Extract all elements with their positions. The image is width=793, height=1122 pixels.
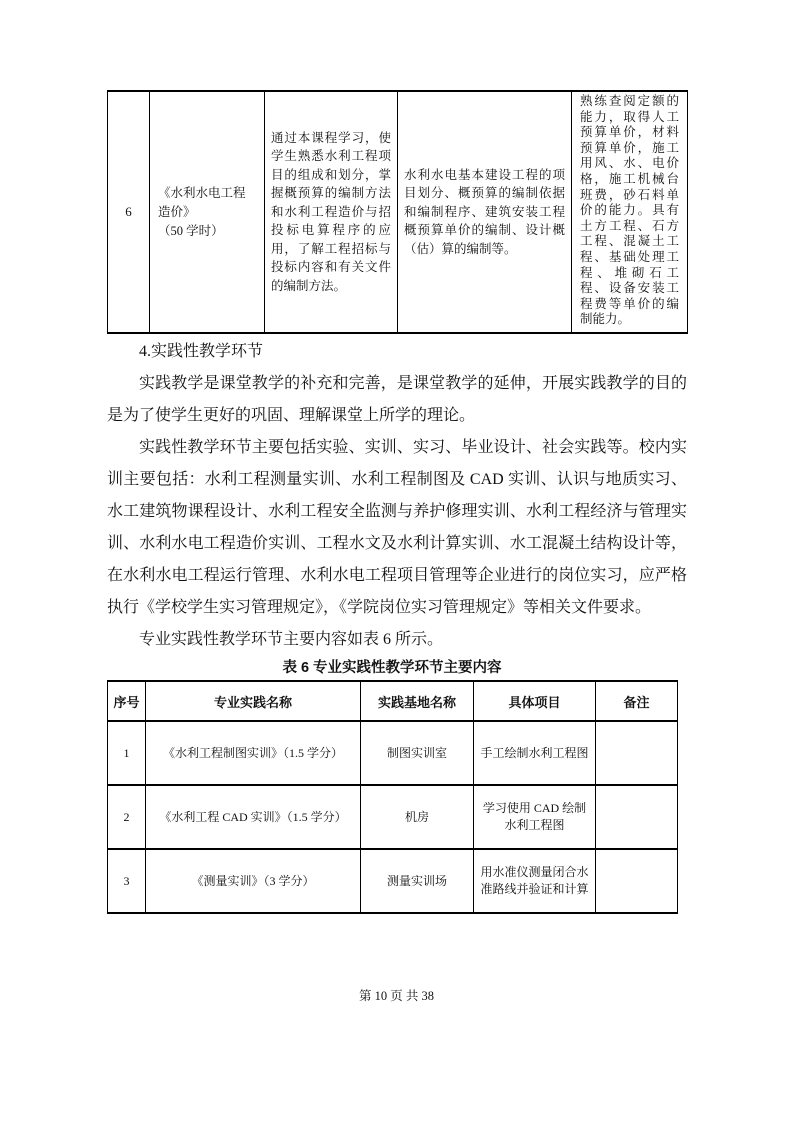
header-note: 备注 [596, 681, 678, 721]
cell-base-name: 测量实训场 [361, 849, 474, 913]
course-table-row: 6 《水利水电工程造价》 （50 学时） 通过本课程学习，使学生熟悉水利工程项目… [108, 91, 688, 333]
paragraph-1: 实践教学是课堂教学的补充和完善，是课堂教学的延伸，开展实践教学的目的是为了使学生… [107, 368, 687, 432]
course-ability-cell: 熟练查阅定额的能力，取得人工预算单价，材料预算单价，施工用风、水、电价格，施工机… [572, 91, 688, 333]
paragraph-2: 实践性教学环节主要包括实验、实训、实习、毕业设计、社会实践等。校内实训主要包括：… [107, 432, 687, 624]
cell-note [596, 721, 678, 785]
header-base-name: 实践基地名称 [361, 681, 474, 721]
cell-practice-name: 《水利工程 CAD 实训》（1.5 学分） [146, 785, 361, 849]
section-heading: 4.实践性教学环节 [107, 336, 687, 368]
course-continuation-table: 6 《水利水电工程造价》 （50 学时） 通过本课程学习，使学生熟悉水利工程项目… [107, 90, 688, 334]
course-hours: （50 学时） [158, 222, 256, 241]
cell-base-name: 制图实训室 [361, 721, 474, 785]
cell-note [596, 849, 678, 913]
paragraph-3: 专业实践性教学环节主要内容如表 6 所示。 [107, 624, 687, 656]
cell-practice-name: 《水利工程制图实训》（1.5 学分） [146, 721, 361, 785]
cell-project: 学习使用 CAD 绘制水利工程图 [474, 785, 596, 849]
cell-no: 3 [108, 849, 146, 913]
cell-no: 2 [108, 785, 146, 849]
cell-note [596, 785, 678, 849]
header-project: 具体项目 [474, 681, 596, 721]
table-row: 2 《水利工程 CAD 实训》（1.5 学分） 机房 学习使用 CAD 绘制水利… [108, 785, 678, 849]
cell-no: 1 [108, 721, 146, 785]
section-body: 4.实践性教学环节 实践教学是课堂教学的补充和完善，是课堂教学的延伸，开展实践教… [107, 336, 687, 656]
cell-project: 手工绘制水利工程图 [474, 721, 596, 785]
course-index-cell: 6 [108, 91, 150, 333]
cell-base-name: 机房 [361, 785, 474, 849]
table-caption: 表 6 专业实践性教学环节主要内容 [107, 656, 677, 680]
page-content: 6 《水利水电工程造价》 （50 学时） 通过本课程学习，使学生熟悉水利工程项目… [107, 90, 687, 914]
cell-project: 用水准仪测量闭合水准路线并验证和计算 [474, 849, 596, 913]
document-page: 6 《水利水电工程造价》 （50 学时） 通过本课程学习，使学生熟悉水利工程项目… [0, 0, 793, 1122]
table-row: 1 《水利工程制图实训》（1.5 学分） 制图实训室 手工绘制水利工程图 [108, 721, 678, 785]
practice-table: 序号 专业实践名称 实践基地名称 具体项目 备注 1 《水利工程制图实训》（1.… [107, 680, 678, 914]
course-title: 《水利水电工程造价》 [158, 184, 256, 222]
header-no: 序号 [108, 681, 146, 721]
course-name-cell: 《水利水电工程造价》 （50 学时） [150, 91, 265, 333]
header-practice-name: 专业实践名称 [146, 681, 361, 721]
course-content-cell: 水利水电基本建设工程的项目划分、概预算的编制依据和编制程序、建筑安装工程概预算单… [398, 91, 572, 333]
table-row: 3 《测量实训》（3 学分） 测量实训场 用水准仪测量闭合水准路线并验证和计算 [108, 849, 678, 913]
practice-table-header-row: 序号 专业实践名称 实践基地名称 具体项目 备注 [108, 681, 678, 721]
page-number: 第 10 页 共 38 [0, 986, 793, 1004]
course-objective-cell: 通过本课程学习，使学生熟悉水利工程项目的组成和划分，掌握概预算的编制方法和水利工… [265, 91, 398, 333]
cell-practice-name: 《测量实训》（3 学分） [146, 849, 361, 913]
